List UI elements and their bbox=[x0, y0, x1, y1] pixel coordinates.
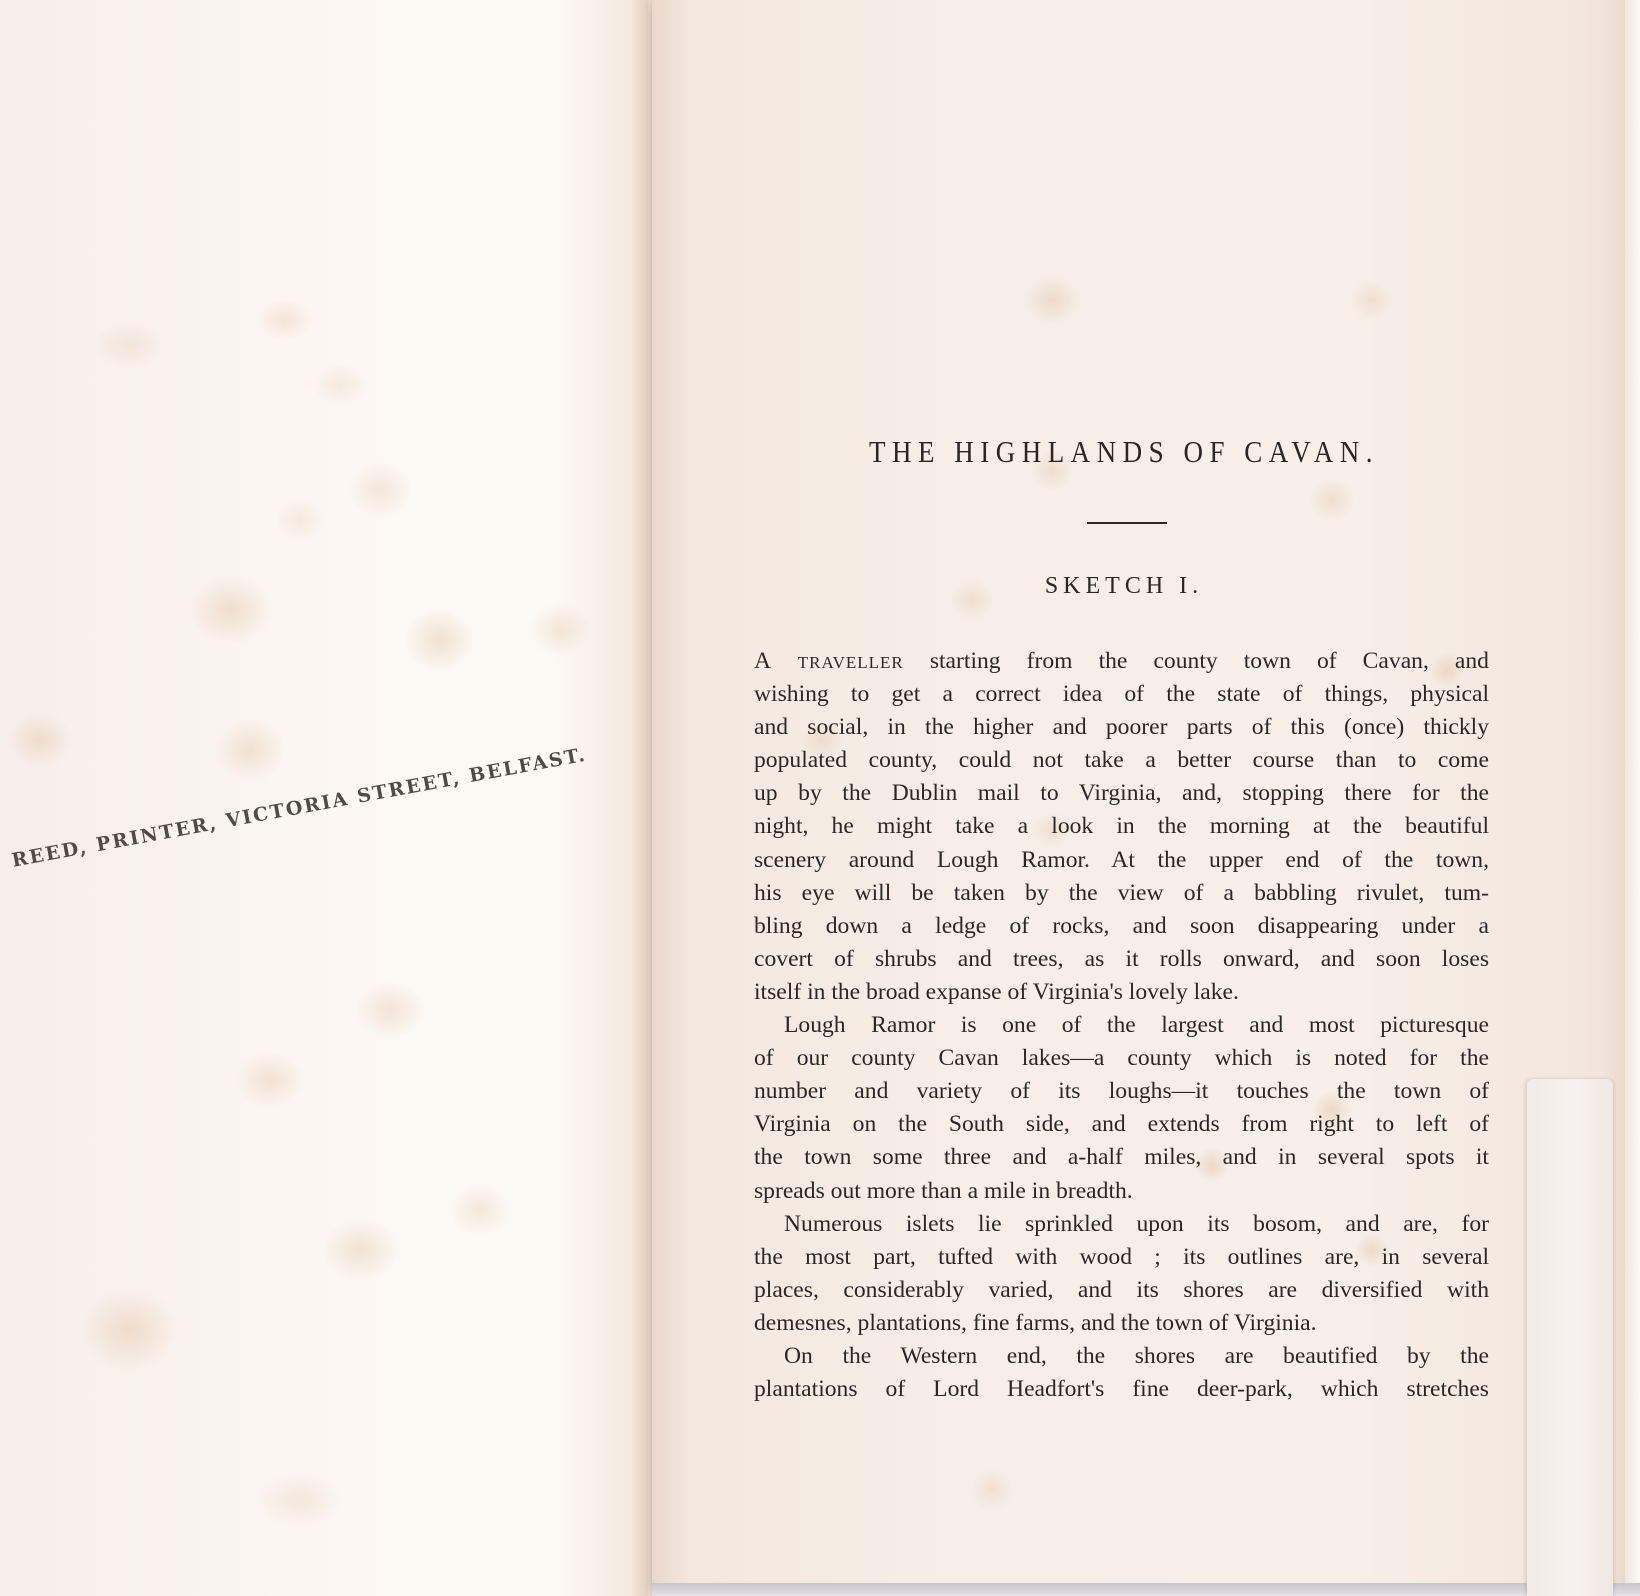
open-book-spread: Reed, Printer, Victoria Street, Belfast.… bbox=[0, 0, 1640, 1596]
text-line: his eye will be taken by the view of a b… bbox=[754, 877, 1489, 910]
text-line: populated county, could not take a bette… bbox=[754, 744, 1489, 777]
text-line: A traveller starting from the county tow… bbox=[754, 645, 1489, 678]
text-line: of our county Cavan lakes—a county which… bbox=[754, 1042, 1489, 1075]
paragraph-2: Lough Ramor is one of the largest and mo… bbox=[754, 1009, 1489, 1208]
text-line: up by the Dublin mail to Virginia, and, … bbox=[754, 777, 1489, 810]
page-bottom-shadow bbox=[652, 1583, 1640, 1596]
text-line: and social, in the higher and poorer par… bbox=[754, 711, 1489, 744]
title-rule-divider bbox=[1087, 522, 1167, 524]
body-text: A traveller starting from the county tow… bbox=[754, 645, 1489, 1406]
text-line: wishing to get a correct idea of the sta… bbox=[754, 678, 1489, 711]
paragraph-4: On the Western end, the shores are beaut… bbox=[754, 1340, 1489, 1406]
text-line: Virginia on the South side, and extends … bbox=[754, 1108, 1489, 1141]
text-line: the town some three and a-half miles, an… bbox=[754, 1141, 1489, 1174]
text-line: scenery around Lough Ramor. At the upper… bbox=[754, 844, 1489, 877]
text-line: Numerous islets lie sprinkled upon its b… bbox=[754, 1208, 1489, 1241]
chapter-heading: SKETCH I. bbox=[844, 573, 1404, 600]
text-line: covert of shrubs and trees, as it rolls … bbox=[754, 943, 1489, 976]
book-title: THE HIGHLANDS OF CAVAN. bbox=[844, 435, 1404, 470]
text-line: Lough Ramor is one of the largest and mo… bbox=[754, 1009, 1489, 1042]
text-line: On the Western end, the shores are beaut… bbox=[754, 1340, 1489, 1373]
text-line: plantations of Lord Headfort's fine deer… bbox=[754, 1373, 1489, 1406]
printer-imprint: Reed, Printer, Victoria Street, Belfast. bbox=[10, 744, 588, 872]
left-page-verso: Reed, Printer, Victoria Street, Belfast. bbox=[0, 0, 648, 1596]
page-edge bbox=[1625, 0, 1640, 1596]
text-line: spreads out more than a mile in breadth. bbox=[754, 1175, 1489, 1208]
lead-smallcaps: A traveller bbox=[754, 648, 904, 674]
text-line: night, he might take a look in the morni… bbox=[754, 810, 1489, 843]
text-line: bling down a ledge of rocks, and soon di… bbox=[754, 910, 1489, 943]
text-line: the most part, tufted with wood ; its ou… bbox=[754, 1241, 1489, 1274]
text-line: demesnes, plantations, fine farms, and t… bbox=[754, 1307, 1489, 1340]
bookmark-slip bbox=[1527, 1079, 1613, 1596]
paragraph-1: A traveller starting from the county tow… bbox=[754, 645, 1489, 1009]
text-line: number and variety of its loughs—it touc… bbox=[754, 1075, 1489, 1108]
text-line: itself in the broad expanse of Virginia'… bbox=[754, 976, 1489, 1009]
paragraph-3: Numerous islets lie sprinkled upon its b… bbox=[754, 1208, 1489, 1340]
text-line: places, considerably varied, and its sho… bbox=[754, 1274, 1489, 1307]
